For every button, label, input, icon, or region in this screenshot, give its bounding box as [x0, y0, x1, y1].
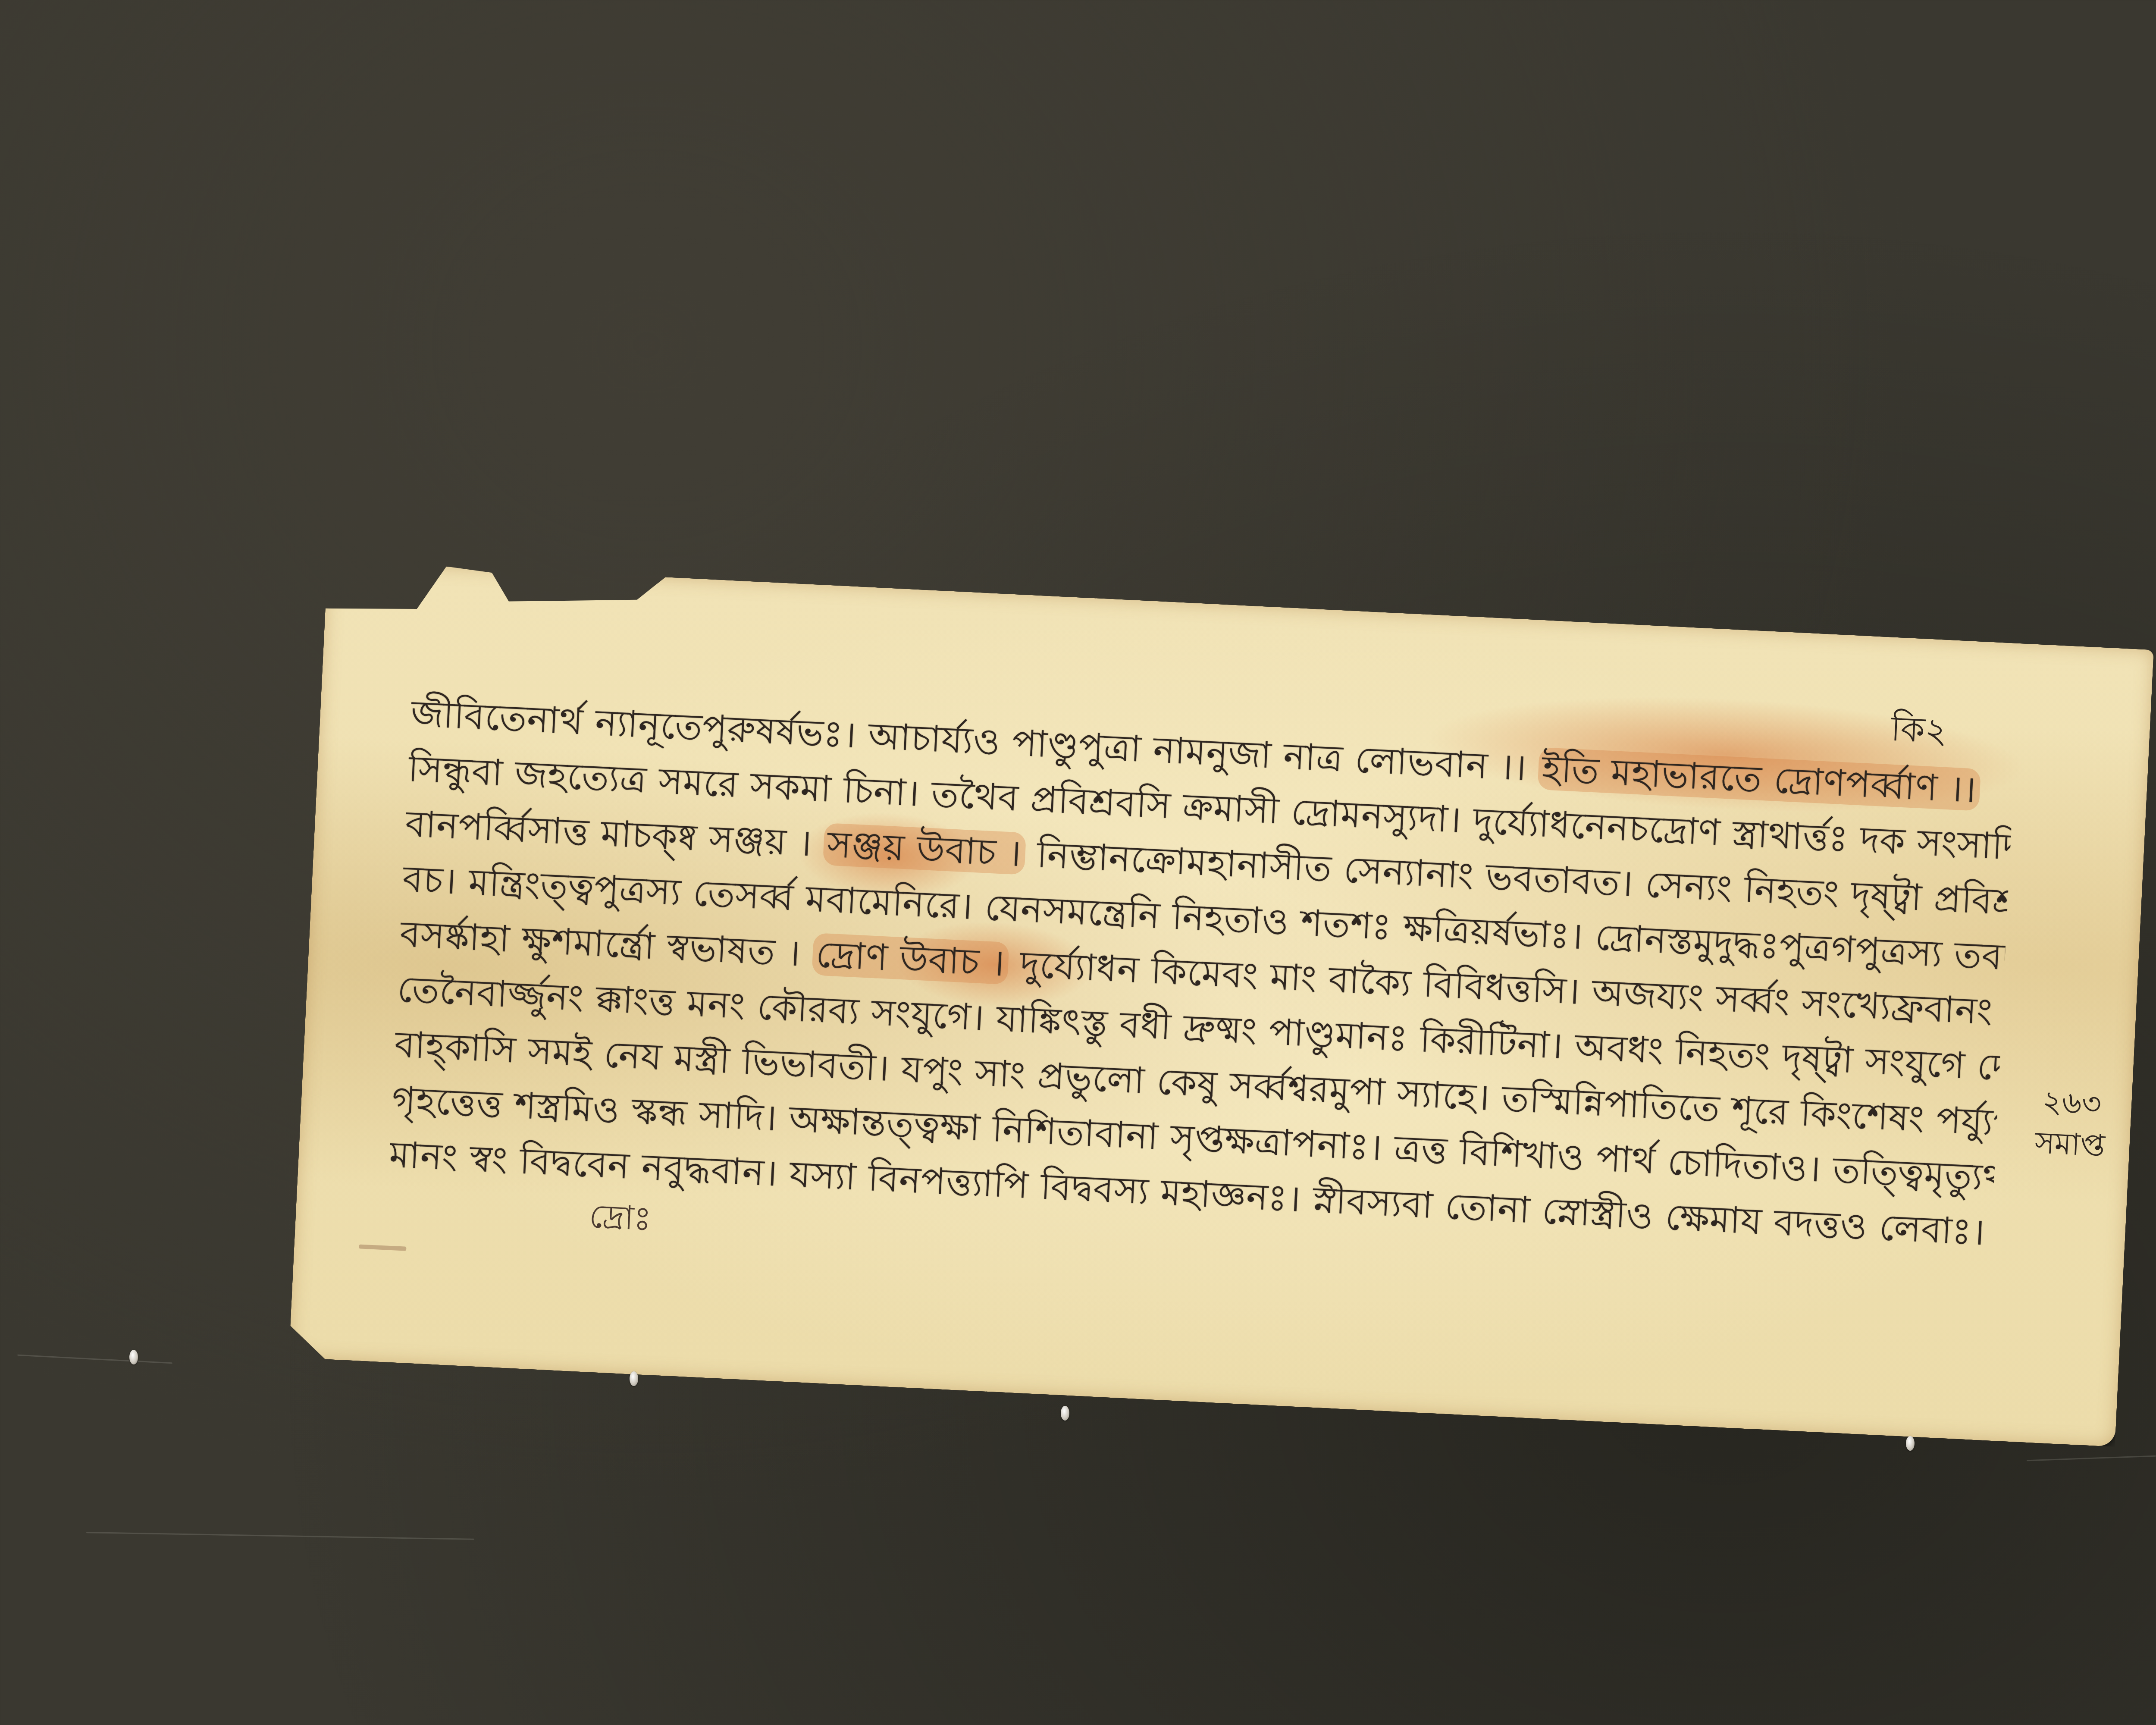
- rubric-drona: দ্রোণ উবাচ ।: [812, 933, 1009, 985]
- board-scratch: [2027, 1455, 2156, 1461]
- right-margin-number: ২৬৩: [2036, 1080, 2108, 1125]
- manuscript-leaf: কি২ জীবিতেনার্থ ন্যানূতেপুরুষর্ষভঃ। আচার…: [289, 561, 2154, 1447]
- bottom-signature: দ্রোঃ: [588, 1191, 652, 1249]
- right-margin-note: ২৬৩ সমাপ্ত: [2034, 1080, 2108, 1167]
- right-margin-word: সমাপ্ত: [2034, 1122, 2106, 1167]
- board-scratch: [17, 1355, 172, 1364]
- pencil-mark: [359, 1244, 406, 1251]
- mounting-pin: [630, 1371, 638, 1386]
- mounting-pin: [1906, 1436, 1915, 1451]
- mounting-pin: [1061, 1406, 1069, 1421]
- mounting-pin: [129, 1350, 138, 1364]
- manuscript-text: জীবিতেনার্থ ন্যানূতেপুরুষর্ষভঃ। আচার্য্য…: [388, 686, 2015, 1260]
- rubric-sanjaya: সঞ্জয় উবাচ ।: [823, 823, 1026, 875]
- board-scratch: [86, 1532, 474, 1540]
- folio-number: কি২: [1890, 702, 1949, 762]
